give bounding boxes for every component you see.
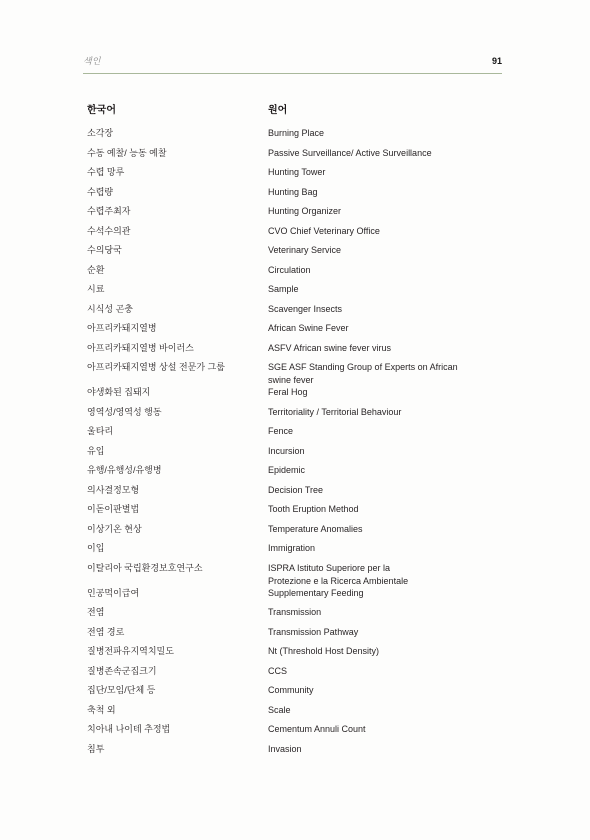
english-term: Fence <box>268 425 502 438</box>
korean-term: 유입 <box>87 445 268 458</box>
korean-term: 수석수의관 <box>87 225 268 238</box>
korean-term: 인공먹이급여 <box>87 587 268 600</box>
glossary-row: 수동 예찰/ 능동 예찰Passive Surveillance/ Active… <box>87 147 502 160</box>
glossary-row: 아프리카돼지열병 바이러스ASFV African swine fever vi… <box>87 342 502 355</box>
glossary-row: 영역성/영역성 행동Territoriality / Territorial B… <box>87 406 502 419</box>
english-term: Tooth Eruption Method <box>268 503 502 516</box>
korean-term: 축척 외 <box>87 704 268 717</box>
korean-term: 침투 <box>87 743 268 756</box>
english-term: Decision Tree <box>268 484 502 497</box>
korean-term: 의사결정모형 <box>87 484 268 497</box>
english-term: Epidemic <box>268 464 502 477</box>
english-term: Territoriality / Territorial Behaviour <box>268 406 502 419</box>
glossary-row: 수렵량Hunting Bag <box>87 186 502 199</box>
glossary-row: 축척 외Scale <box>87 704 502 717</box>
glossary-row: 아프리카돼지열병African Swine Fever <box>87 322 502 335</box>
english-term: Veterinary Service <box>268 244 502 257</box>
glossary-row: 전염Transmission <box>87 606 502 619</box>
korean-term: 시식성 곤충 <box>87 303 268 316</box>
korean-term: 이탈리아 국립환경보호연구소 <box>87 562 268 588</box>
glossary-row: 유입Incursion <box>87 445 502 458</box>
glossary-row: 의사결정모형Decision Tree <box>87 484 502 497</box>
english-term: Burning Place <box>268 127 502 140</box>
glossary-row: 수렵주최자Hunting Organizer <box>87 205 502 218</box>
glossary-row: 질병전파유지역치밀도Nt (Threshold Host Density) <box>87 645 502 658</box>
document-page: 색인 91 한국어 원어 소각장Burning Place수동 예찰/ 능동 예… <box>0 0 590 840</box>
glossary-row: 인공먹이급여Supplementary Feeding <box>87 587 502 600</box>
english-term: Scale <box>268 704 502 717</box>
korean-term: 이입 <box>87 542 268 555</box>
korean-term: 야생화된 집돼지 <box>87 386 268 399</box>
english-term: Community <box>268 684 502 697</box>
glossary-row: 시식성 곤충Scavenger Insects <box>87 303 502 316</box>
korean-term: 시료 <box>87 283 268 296</box>
english-term: Incursion <box>268 445 502 458</box>
glossary-row: 이탈리아 국립환경보호연구소ISPRA Istituto Superiore p… <box>87 562 502 588</box>
glossary-row: 울타리Fence <box>87 425 502 438</box>
glossary-row: 침투Invasion <box>87 743 502 756</box>
english-term: ASFV African swine fever virus <box>268 342 502 355</box>
english-column-header: 원어 <box>268 104 502 118</box>
english-term: Nt (Threshold Host Density) <box>268 645 502 658</box>
korean-term: 수렵주최자 <box>87 205 268 218</box>
glossary-row: 이입Immigration <box>87 542 502 555</box>
korean-term: 소각장 <box>87 127 268 140</box>
glossary-row: 유행/유행성/유행병Epidemic <box>87 464 502 477</box>
glossary-row: 집단/모임/단체 등Community <box>87 684 502 697</box>
korean-term: 수렵량 <box>87 186 268 199</box>
english-term: Invasion <box>268 743 502 756</box>
english-term: SGE ASF Standing Group of Experts on Afr… <box>268 361 502 387</box>
glossary-row: 순환Circulation <box>87 264 502 277</box>
korean-term: 전염 <box>87 606 268 619</box>
glossary-row: 수의당국Veterinary Service <box>87 244 502 257</box>
english-term: Hunting Bag <box>268 186 502 199</box>
english-term: Passive Surveillance/ Active Surveillanc… <box>268 147 502 160</box>
korean-term: 아프리카돼지열병 바이러스 <box>87 342 268 355</box>
glossary-row: 아프리카돼지열병 상설 전문가 그룹SGE ASF Standing Group… <box>87 361 502 387</box>
glossary-row: 소각장Burning Place <box>87 127 502 140</box>
english-term: Transmission <box>268 606 502 619</box>
column-headers: 한국어 원어 <box>87 104 502 118</box>
korean-term: 수렵 망루 <box>87 166 268 179</box>
korean-term: 질병전파유지역치밀도 <box>87 645 268 658</box>
english-term: Cementum Annuli Count <box>268 723 502 736</box>
glossary-row: 야생화된 집돼지Feral Hog <box>87 386 502 399</box>
korean-term: 이돋이판별법 <box>87 503 268 516</box>
korean-term: 순환 <box>87 264 268 277</box>
korean-term: 집단/모임/단체 등 <box>87 684 268 697</box>
english-term: Supplementary Feeding <box>268 587 502 600</box>
english-term: Transmission Pathway <box>268 626 502 639</box>
korean-term: 치아내 나이테 추정법 <box>87 723 268 736</box>
korean-term: 수의당국 <box>87 244 268 257</box>
glossary-rows: 소각장Burning Place수동 예찰/ 능동 예찰Passive Surv… <box>87 127 502 762</box>
english-term: Immigration <box>268 542 502 555</box>
korean-term: 질병존속군집크기 <box>87 665 268 678</box>
glossary-row: 치아내 나이테 추정법Cementum Annuli Count <box>87 723 502 736</box>
english-term: ISPRA Istituto Superiore per la Protezio… <box>268 562 502 588</box>
page-number: 91 <box>492 55 502 68</box>
english-term: African Swine Fever <box>268 322 502 335</box>
korean-term: 유행/유행성/유행병 <box>87 464 268 477</box>
korean-term: 아프리카돼지열병 <box>87 322 268 335</box>
glossary-row: 시료Sample <box>87 283 502 296</box>
glossary-row: 수렵 망루Hunting Tower <box>87 166 502 179</box>
english-term: Hunting Organizer <box>268 205 502 218</box>
english-term: Hunting Tower <box>268 166 502 179</box>
english-term: Sample <box>268 283 502 296</box>
glossary-row: 수석수의관CVO Chief Veterinary Office <box>87 225 502 238</box>
english-term: CVO Chief Veterinary Office <box>268 225 502 238</box>
glossary-row: 이돋이판별법Tooth Eruption Method <box>87 503 502 516</box>
page-header: 색인 91 <box>83 55 502 74</box>
glossary-row: 질병존속군집크기CCS <box>87 665 502 678</box>
glossary-row: 이상기온 현상Temperature Anomalies <box>87 523 502 536</box>
glossary-row: 전염 경로Transmission Pathway <box>87 626 502 639</box>
running-head: 색인 <box>83 55 100 68</box>
korean-term: 영역성/영역성 행동 <box>87 406 268 419</box>
korean-term: 이상기온 현상 <box>87 523 268 536</box>
english-term: Scavenger Insects <box>268 303 502 316</box>
korean-term: 전염 경로 <box>87 626 268 639</box>
english-term: Circulation <box>268 264 502 277</box>
english-term: Temperature Anomalies <box>268 523 502 536</box>
english-term: Feral Hog <box>268 386 502 399</box>
korean-term: 수동 예찰/ 능동 예찰 <box>87 147 268 160</box>
korean-term: 아프리카돼지열병 상설 전문가 그룹 <box>87 361 268 387</box>
korean-column-header: 한국어 <box>87 104 268 118</box>
english-term: CCS <box>268 665 502 678</box>
korean-term: 울타리 <box>87 425 268 438</box>
